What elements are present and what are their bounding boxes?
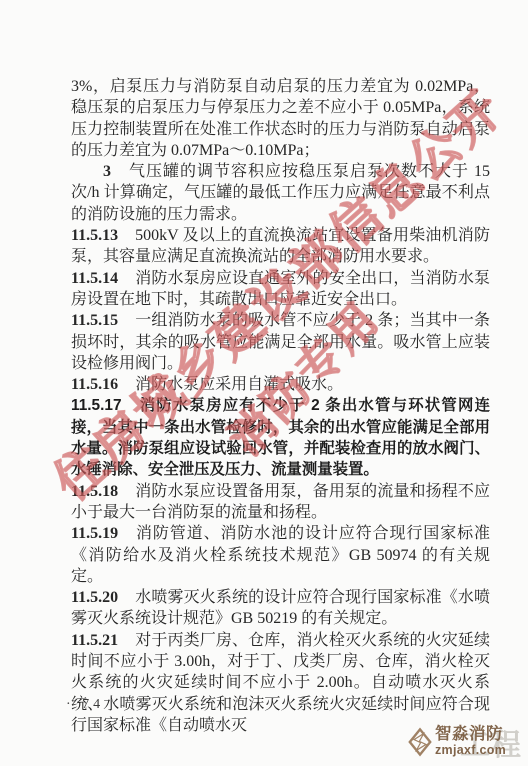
clause-number: 11.5.17 [71,397,122,414]
list-item-3: 3气压罐的调节容积应按稳压泵启泵次数不大于 15 次/h 计算确定，气压罐的最低… [71,161,490,225]
clause-number: 11.5.14 [71,270,118,287]
clause-text: 一组消防水泵的吸水管不应少于 2 条；当其中一条损坏时，其余的吸水管应能满足全部… [71,312,490,372]
clause-text: 水喷雾灭火系统的设计应符合现行国家标准《水喷雾灭火系统设计规范》GB 50219… [71,589,490,627]
clause-number: 11.5.19 [71,525,118,542]
paragraph-continuation: 3%，启泵压力与消防泵自动启泵的压力差宜为 0.02MPa，稳压泵的启泵压力与停… [71,76,490,161]
clause-number: 11.5.21 [71,632,118,649]
clause-text: 3%，启泵压力与消防泵自动启泵的压力差宜为 0.02MPa，稳压泵的启泵压力与停… [71,78,490,159]
clause-11-5-17: 11.5.17消防水泵房应有不少于 2 条出水管与环状管网连接，当其中一条出水管… [71,395,490,480]
clause-11-5-16: 11.5.16消防水泵应采用自灌式吸水。 [71,374,490,395]
clause-text: 消防管道、消防水池的设计应符合现行国家标准《消防给水及消火栓系统技术规范》GB … [71,525,490,585]
clause-11-5-15: 11.5.15一组消防水泵的吸水管不应少于 2 条；当其中一条损坏时，其余的吸水… [71,310,490,374]
clause-11-5-19: 11.5.19消防管道、消防水池的设计应符合现行国家标准《消防给水及消火栓系统技… [71,523,490,587]
logo-title: 智淼消防 [435,726,506,743]
clause-text: 消防水泵房应有不少于 2 条出水管与环状管网连接，当其中一条出水管检修时，其余的… [71,397,490,478]
logo-text-group: 智淼消防 zmjaxf.com [435,726,506,757]
clause-number: 11.5.13 [71,227,118,244]
clause-11-5-14: 11.5.14消防水泵房应设直通室外的安全出口，当消防水泵房设置在地下时，其疏散… [71,268,490,311]
scanned-document-page: 3%，启泵压力与消防泵自动启泵的压力差宜为 0.02MPa，稳压泵的启泵压力与停… [0,0,528,766]
clause-text: 消防水泵应设置备用泵，备用泵的流量和扬程不应小于最大一台消防泵的流量和扬程。 [71,483,490,521]
list-number: 3 [103,163,111,180]
clause-number: 11.5.18 [71,483,118,500]
page-number: · 74 · [66,697,120,713]
clause-text: 消防水泵房应设直通室外的安全出口，当消防水泵房设置在地下时，其疏散出口应靠近安全… [71,270,490,308]
clause-text: 气压罐的调节容积应按稳压泵启泵次数不大于 15 次/h 计算确定，气压罐的最低工… [71,163,490,223]
clause-number: 11.5.20 [71,589,118,606]
clause-number: 11.5.15 [71,312,118,329]
clause-11-5-21: 11.5.21对于丙类厂房、仓库，消火栓灭火系统的火灾延续时间不应小于 3.00… [71,630,490,736]
clause-11-5-20: 11.5.20水喷雾灭火系统的设计应符合现行国家标准《水喷雾灭火系统设计规范》G… [71,587,490,630]
clause-11-5-18: 11.5.18消防水泵应设置备用泵，备用泵的流量和扬程不应小于最大一台消防泵的流… [71,481,490,524]
document-text-block: 3%，启泵压力与消防泵自动启泵的压力差宜为 0.02MPa，稳压泵的启泵压力与停… [71,76,490,736]
site-logo: 智淼消防 zmjaxf.com [408,726,506,757]
clause-number: 11.5.16 [71,376,118,393]
logo-url: zmjaxf.com [435,743,506,757]
clause-text: 消防水泵应采用自灌式吸水。 [135,376,343,393]
clause-text: 500kV 及以上的直流换流站宜设置备用柴油机消防泵，其容量应满足直流换流站的全… [71,227,490,265]
clause-text: 对于丙类厂房、仓库，消火栓灭火系统的火灾延续时间不应小于 3.00h，对于丁、戊… [71,632,490,734]
clause-11-5-13: 11.5.13500kV 及以上的直流换流站宜设置备用柴油机消防泵，其容量应满足… [71,225,490,268]
diamond-z-logo-icon [408,727,432,757]
